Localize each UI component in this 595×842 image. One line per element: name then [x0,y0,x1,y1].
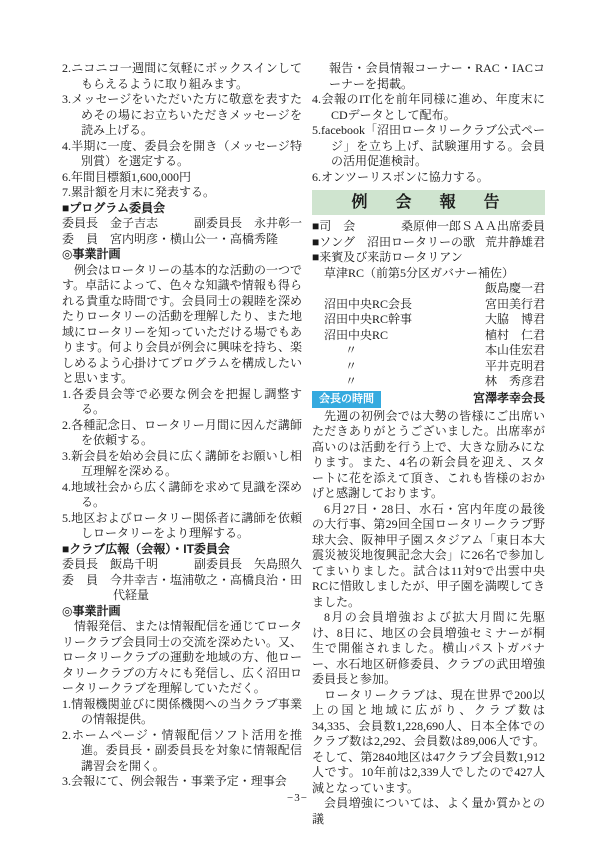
guest-affiliation: 草津RC（前第5分区ガバナー補佐） [324,266,514,282]
program-committee-members: 委 員 宮内明彦・横山公一・高橋秀隆 [62,232,302,248]
right-column: 報告・会員情報コーナー・RAC・IACコーナーを掲載。 4.会報のIT化を前年同… [312,61,545,827]
page-number: −3− [0,791,595,807]
pr-it-committee-heading: ■クラブ広報（会報）・IT委員会 [62,542,302,558]
list-item: 3.新会員を始め会員に広く講師をお願いし相互理解を深める。 [62,449,302,480]
program-committee-officers: 委員長 金子吉志 副委員長 永井彰一 [62,216,302,232]
guest-name: 植村 仁君 [485,328,545,344]
president-time-paragraph: ロータリークラブは、現在世界で200以上の国と地域に広がり、クラブ数は34,33… [312,688,545,797]
list-item: 2.ホームページ・情報配信ソフト活用を推進。委員長・副委員長を対象に情報配信講習… [62,728,302,775]
guest-name: 飯島慶一君 [485,281,545,297]
president-time-label: 会長の時間 [312,391,381,408]
guest-affiliation: 沼田中央RC幹事 [324,312,412,328]
guest-name: 林 秀彦君 [485,374,545,390]
mc-row: ■司 会 桑原伸一郎ＳＡＡ出席委員 [312,219,545,235]
meeting-report-banner: 例 会 報 告 [312,190,545,215]
list-item: 4.地域社会から広く講師を求めて見識を深める。 [62,480,302,511]
ditto-mark: 〃 [345,343,357,359]
president-time-header: 会長の時間 宮澤孝幸会長 [312,391,545,408]
guest-affiliation: 沼田中央RC [324,328,388,344]
list-item: 2.各種記念日、ロータリー月間に因んだ講師を依頼する。 [62,418,302,449]
guest-row: 沼田中央RC 植村 仁君 [312,328,545,344]
song-leader-name: 荒井静雄君 [485,235,545,251]
guest-name: 宮田美行君 [485,297,545,313]
president-name: 宮澤孝幸会長 [473,391,545,407]
list-item: 6.年間目標額1,600,000円 [62,170,302,186]
two-column-layout: 2.ニコニコ一週間に気軽にボックスインしてもらえるように取り組みます。 3.メッ… [62,61,545,827]
vice-chair-name: 副委員長 矢島照久 [194,557,302,573]
pr-it-committee-members: 委 員 今井幸吉・塩浦敬之・高橋良治・田代経量 [62,573,302,604]
list-item: 1.各委員会等で必要な例会を把握し調整する。 [62,387,302,418]
list-item: 3.メッセージをいただいた方に敬意を表すためその場にお立ちいただきメッセージを読… [62,92,302,139]
list-item: 2.ニコニコ一週間に気軽にボックスインしてもらえるように取り組みます。 [62,61,302,92]
guest-row: 沼田中央RC会長 宮田美行君 [312,297,545,313]
guest-row: 〃 平井克明君 [312,359,545,375]
list-item: 7.累計額を月末に発表する。 [62,185,302,201]
guest-name: 大脇 博君 [485,312,545,328]
vice-chair-name: 副委員長 永井彰一 [194,216,302,232]
program-plan-paragraph: 例会はロータリーの基本的な活動の一つです。卓話によって、色々な知識や情報も得られ… [62,263,302,387]
program-committee-heading: ■プログラム委員会 [62,201,302,217]
newsletter-page: 2.ニコニコ一週間に気軽にボックスインしてもらえるように取り組みます。 3.メッ… [0,0,595,842]
list-item: 4.半期に一度、委員会を開き（メッセージ特別賞）を選定する。 [62,139,302,170]
song-row: ■ソング 沼田ロータリーの歌 荒井静雄君 [312,235,545,251]
president-time-paragraph: 6月27日・28日、水石・宮内年度の最後の大行事、第29回全国ロータリークラブ野… [312,502,545,611]
mc-label: ■司 会 [312,219,355,235]
guest-row: 沼田中央RC幹事 大脇 博君 [312,312,545,328]
pr-it-committee-officers: 委員長 飯島千明 副委員長 矢島照久 [62,557,302,573]
mc-name: 桑原伸一郎ＳＡＡ出席委員 [401,219,545,235]
president-time-paragraph: 先週の初例会では大勢の皆様にご出席いただきありがとうございました。出席率が高いの… [312,409,545,502]
ditto-mark: 〃 [345,374,357,390]
list-item: 6.オンツーリスボンに協力する。 [312,170,545,186]
list-item: 5.facebook「沼田ロータリークラブ公式ページ」を立ち上げ、試験運用する。… [312,123,545,170]
chair-name: 委員長 金子吉志 [62,216,158,232]
ditto-mark: 〃 [345,359,357,375]
guest-row: 飯島慶一君 [312,281,545,297]
guest-row: 〃 本山佳宏君 [312,343,545,359]
left-column: 2.ニコニコ一週間に気軽にボックスインしてもらえるように取り組みます。 3.メッ… [62,61,302,827]
program-plan-heading: ◎事業計画 [62,247,302,263]
pr-plan-paragraph: 情報発信、または情報配信を通じてロータリークラブ会員同士の交流を深めたい。又、ロ… [62,619,302,697]
list-item: 3.会報にて、例会報告・事業予定・理事会 [62,774,302,790]
list-item: 5.地区およびロータリー関係者に講師を依頼しロータリーをより理解する。 [62,511,302,542]
pr-plan-heading: ◎事業計画 [62,604,302,620]
president-time-paragraph: 8月の会員増強および拡大月間に先駆け、8日に、地区の会員増強セミナーが桐生で開催… [312,610,545,688]
chair-name: 委員長 飯島千明 [62,557,158,573]
guest-row: 〃 林 秀彦君 [312,374,545,390]
guest-name: 本山佳宏君 [485,343,545,359]
guests-heading: ■来賓及び来訪ロータリアン [312,250,545,266]
list-item-continuation: 報告・会員情報コーナー・RAC・IACコーナーを掲載。 [312,61,545,92]
list-item: 4.会報のIT化を前年同様に進め、年度末にCDデータとして配布。 [312,92,545,123]
guest-name: 平井克明君 [485,359,545,375]
list-item: 1.情報機関並びに関係機関への当クラブ事業の情報提供。 [62,697,302,728]
guest-affiliation: 沼田中央RC会長 [324,297,412,313]
guest-row: 草津RC（前第5分区ガバナー補佐） [312,266,545,282]
song-label: ■ソング 沼田ロータリーの歌 [312,235,475,251]
